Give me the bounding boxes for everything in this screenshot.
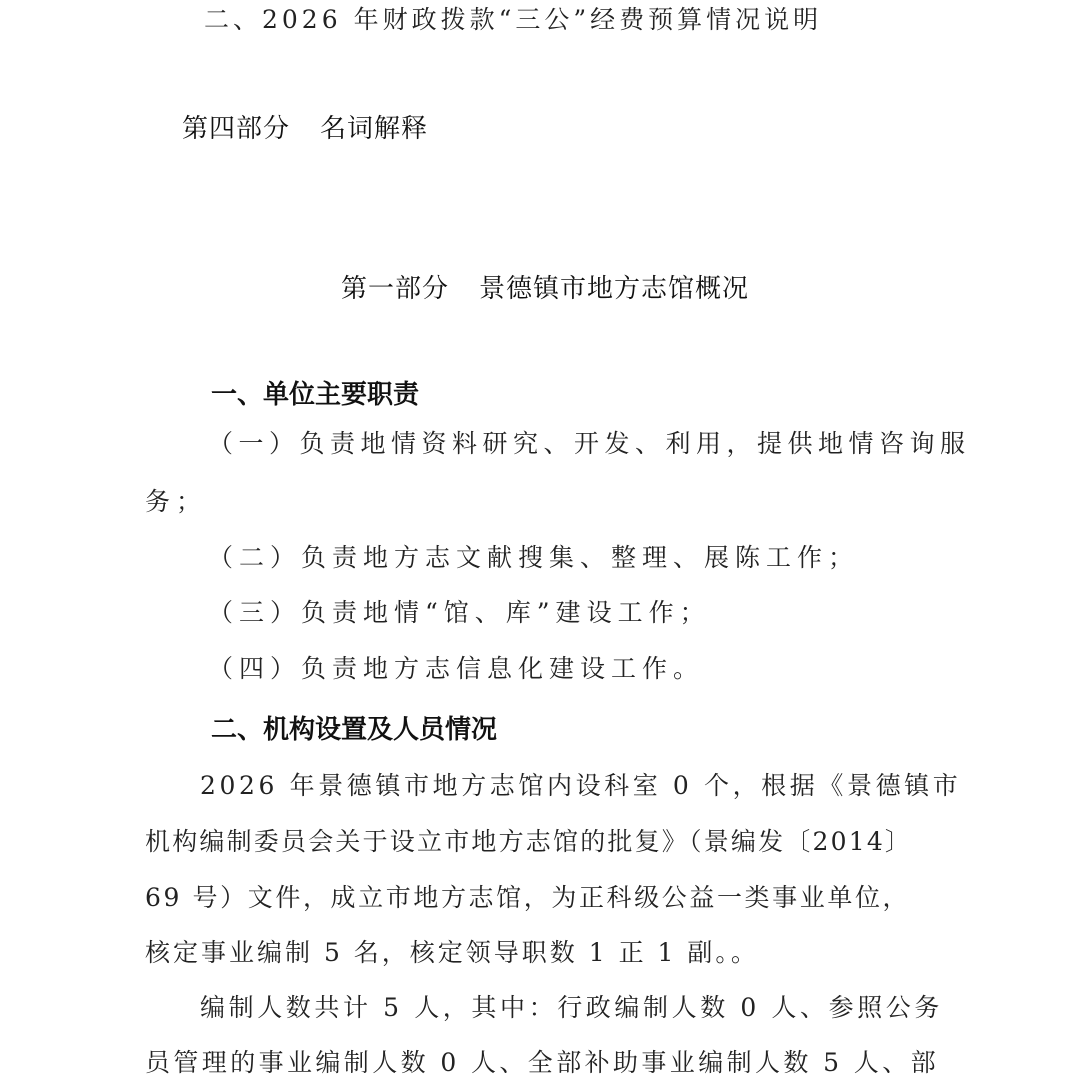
part-one-title: 第一部分景德镇市地方志馆概况 <box>341 273 749 305</box>
org-paragraph-line-3: 69 号）文件，成立市地方志馆，为正科级公益一类事业单位， <box>145 882 910 914</box>
org-paragraph-line-4: 核定事业编制 5 名，核定领导职数 1 正 1 副。。 <box>145 937 759 969</box>
staff-paragraph-line-2: 员管理的事业编制人数 0 人、全部补助事业编制人数 5 人、部 <box>145 1047 939 1079</box>
staff-paragraph-line-1: 编制人数共计 5 人，其中：行政编制人数 0 人、参照公务 <box>200 992 943 1024</box>
toc-part-four: 第四部分名词解释 <box>182 113 428 145</box>
org-paragraph-line-2: 机构编制委员会关于设立市地方志馆的批复》（景编发〔2014〕 <box>145 826 912 858</box>
toc-part-four-label: 第四部分 <box>182 114 290 144</box>
duty-item-2: （二）负责地方志文献搜集、整理、展陈工作； <box>208 542 859 574</box>
section-organization-heading: 二、机构设置及人员情况 <box>211 714 497 746</box>
toc-part-four-title: 名词解释 <box>320 114 428 144</box>
section-main-duties-heading: 一、单位主要职责 <box>211 379 419 411</box>
toc-item-three-public-expenses: 二、2026 年财政拨款“三公”经费预算情况说明 <box>204 4 822 36</box>
part-one-name: 景德镇市地方志馆概况 <box>479 274 749 304</box>
duty-item-1-continued: 务； <box>145 486 207 518</box>
org-paragraph-line-1: 2026 年景德镇市地方志馆内设科室 0 个，根据《景德镇市 <box>200 770 961 802</box>
duty-item-1: （一）负责地情资料研究、开发、利用，提供地情咨询服 <box>208 428 971 460</box>
duty-item-3: （三）负责地情“馆、库”建设工作； <box>208 597 711 629</box>
part-one-label: 第一部分 <box>341 274 449 304</box>
duty-item-4: （四）负责地方志信息化建设工作。 <box>208 653 704 685</box>
